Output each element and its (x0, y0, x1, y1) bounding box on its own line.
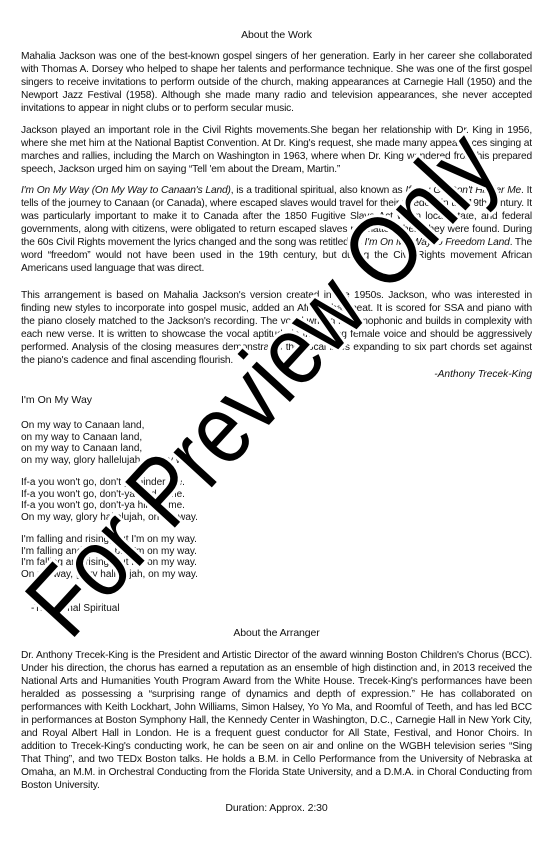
lyric-line: on my way, glory hallelujah, on my way. (21, 455, 196, 467)
paragraph-text: , is a traditional spiritual, also known… (231, 185, 406, 196)
about-work-heading: About the Work (21, 29, 532, 41)
lyric-line: On my way, glory hallelujah, on my way. (21, 512, 198, 524)
lyric-line: on my way to Canaan land, (21, 432, 196, 444)
about-arranger-paragraph: Dr. Anthony Trecek-King is the President… (21, 650, 532, 792)
lyric-line: I'm falling and rising, but I'm on my wa… (21, 546, 198, 558)
lyric-line: on my way to Canaan land, (21, 443, 196, 455)
about-work-paragraph-2: Jackson played an important role in the … (21, 125, 532, 177)
lyrics-attribution: -Traditional Spiritual (31, 603, 120, 614)
retitle-italic: I'm On My Way to Freedom Land (364, 237, 509, 248)
song-title-italic: I'm On My Way (On My Way to Canaan's Lan… (21, 185, 231, 196)
lyrics-stanza-1: On my way to Canaan land, on my way to C… (21, 420, 196, 467)
about-work-paragraph-1: Mahalia Jackson was one of the best-know… (21, 51, 532, 116)
lyric-line: If-a you won't go, don't-ya hinder me. (21, 489, 198, 501)
lyric-line: If-a you won't go, don't-ya hinder me. (21, 500, 198, 512)
about-arranger-heading: About the Arranger (21, 627, 532, 639)
about-work-paragraph-4: This arrangement is based on Mahalia Jac… (21, 290, 532, 368)
author-signature: -Anthony Trecek-King (434, 369, 532, 380)
lyric-line: On my way, glory hallelujah, on my way. (21, 569, 198, 581)
lyric-line: I'm falling and rising, but I'm on my wa… (21, 534, 198, 546)
lyrics-title: I'm On My Way (21, 394, 92, 406)
lyrics-stanza-3: I'm falling and rising, but I'm on my wa… (21, 534, 198, 581)
lyric-line: I'm falling and rising, but I'm on my wa… (21, 557, 198, 569)
lyric-line: On my way to Canaan land, (21, 420, 196, 432)
about-work-paragraph-3: I'm On My Way (On My Way to Canaan's Lan… (21, 185, 532, 276)
duration-text: Duration: Approx. 2:30 (21, 802, 532, 814)
lyrics-stanza-2: If-a you won't go, don't-ya hinder me. I… (21, 477, 198, 524)
alt-title-italic: If You Go Don't Hinder Me (405, 185, 521, 196)
lyric-line: If-a you won't go, don't-ya hinder me. (21, 477, 198, 489)
